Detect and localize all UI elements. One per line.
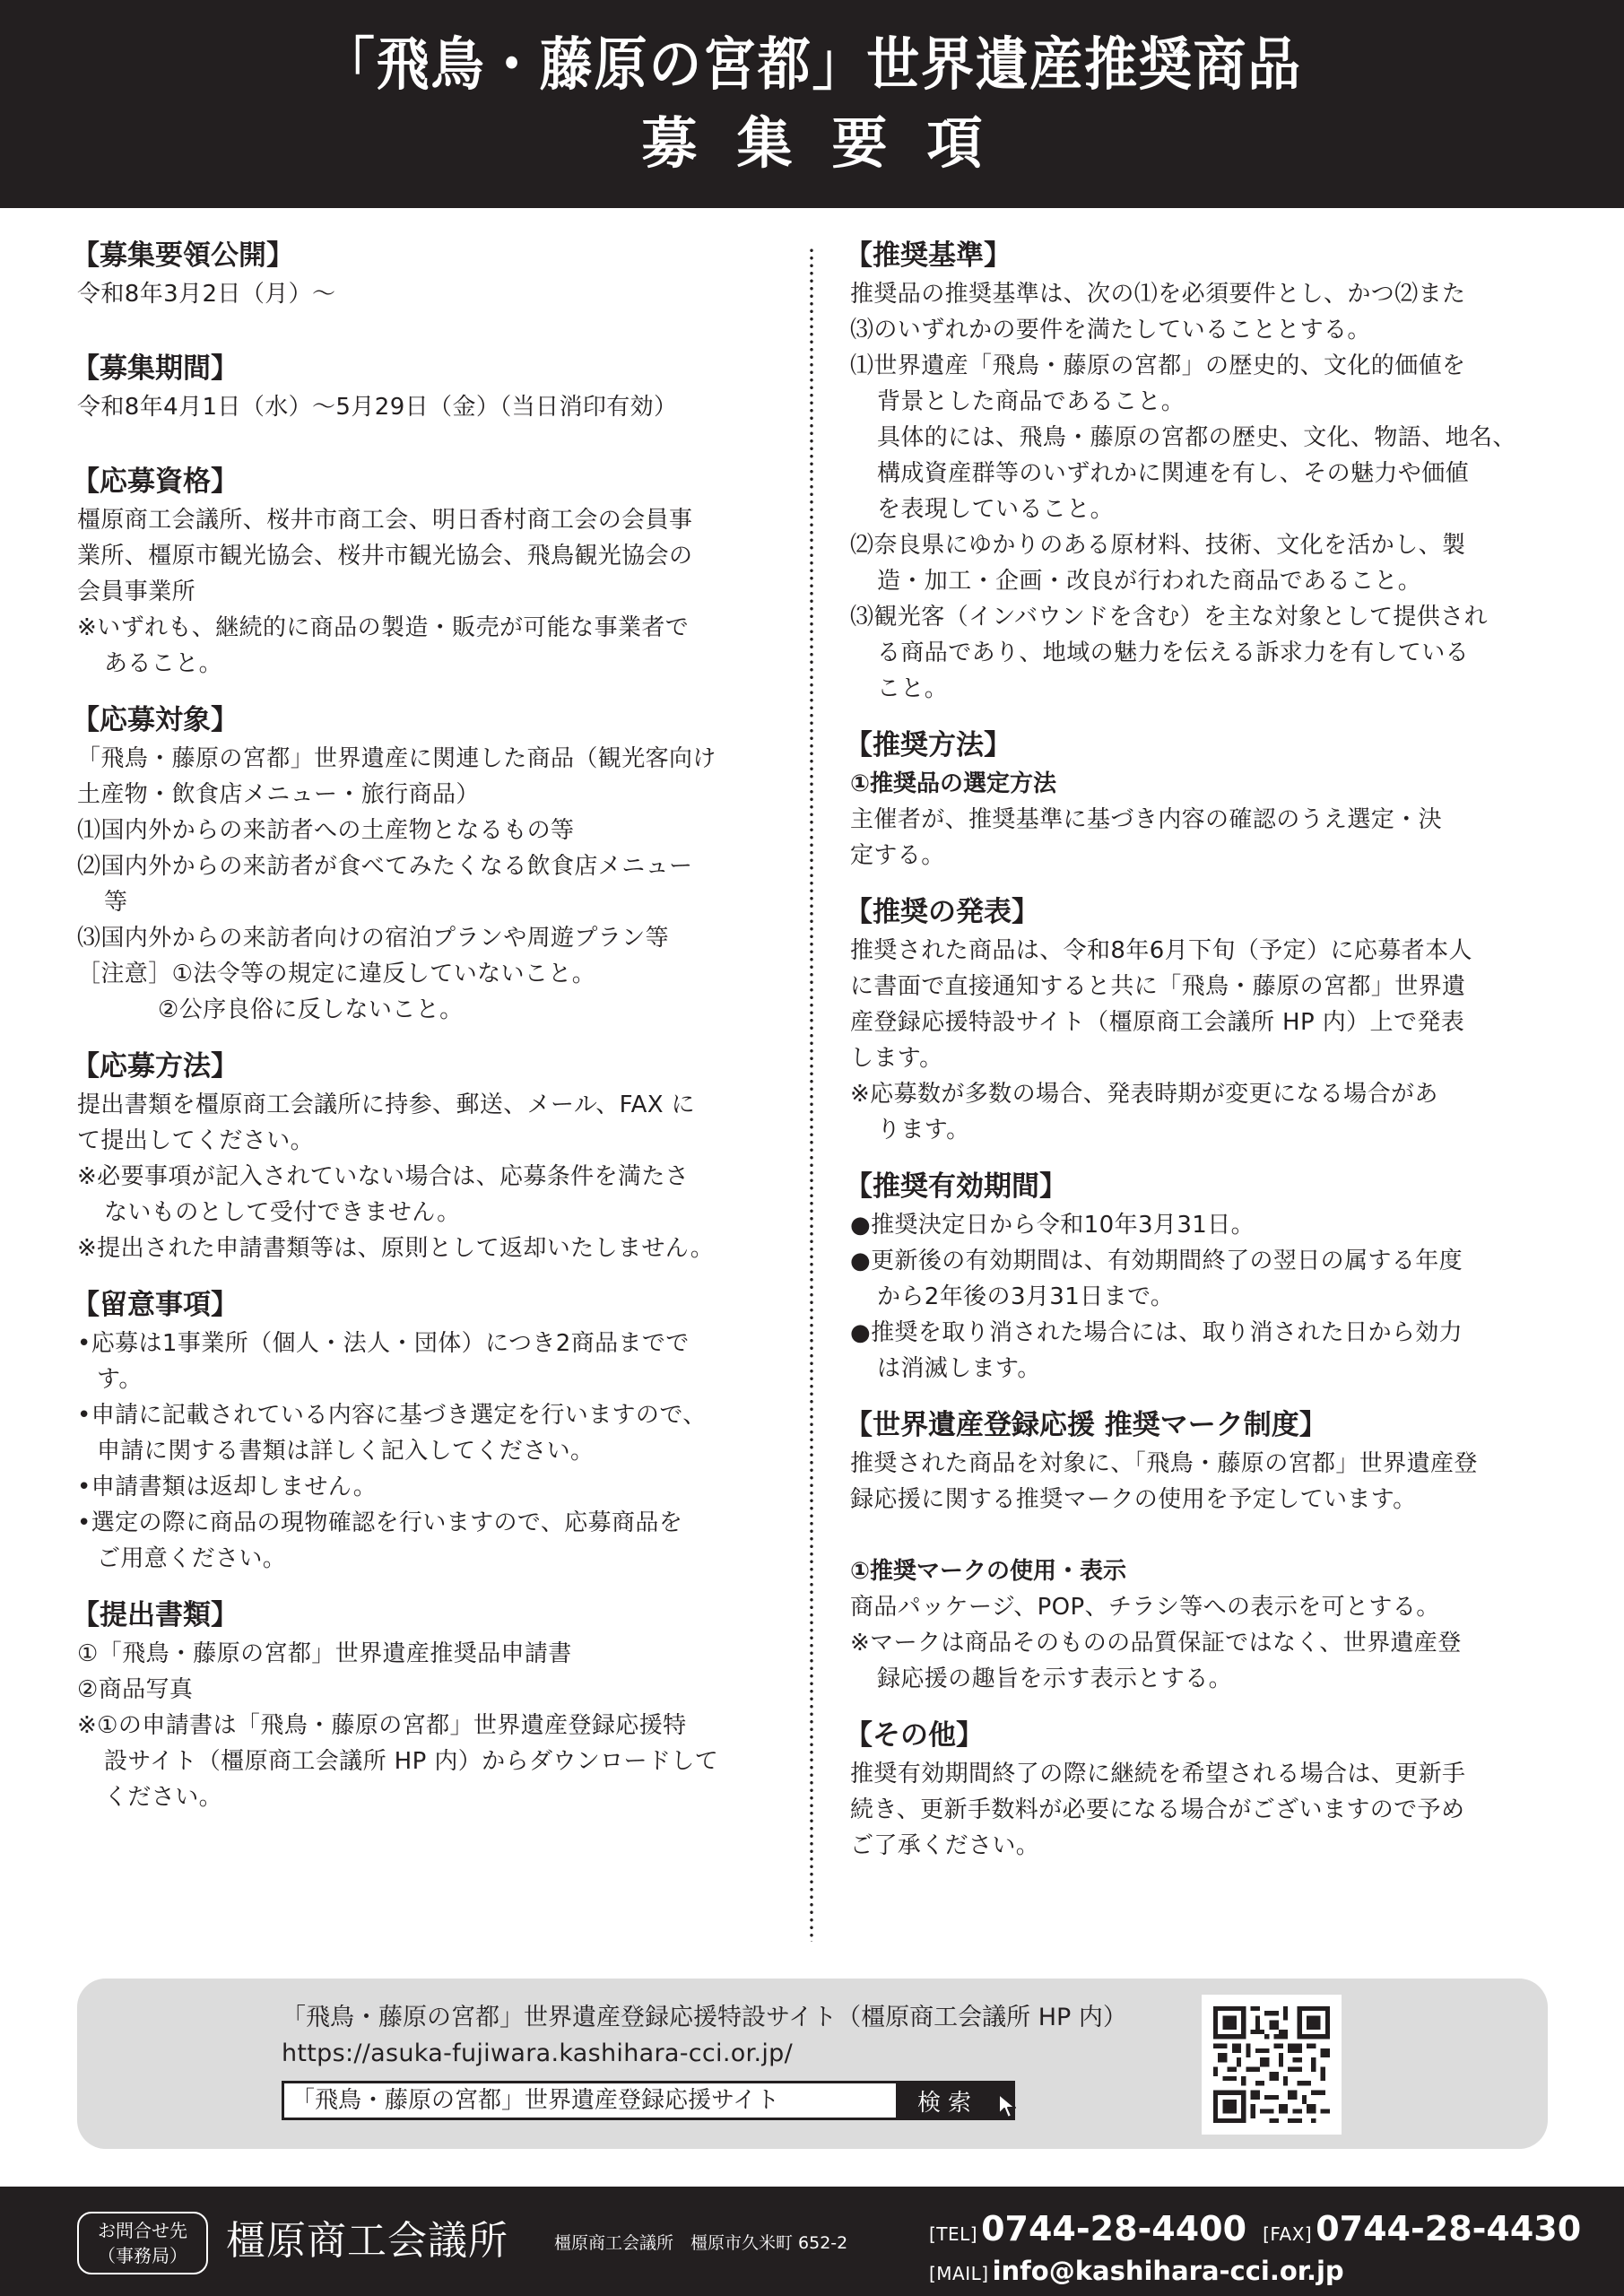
text-line: 録応援の趣旨を示す表示とする。	[850, 1661, 1550, 1697]
section-period: 【募集期間】 令和8年4月1日（水）～5月29日（金）（当日消印有効）	[77, 348, 777, 425]
text-line: 産登録応援特設サイト（橿原商工会議所 HP 内）上で発表	[850, 1004, 1550, 1040]
search-button[interactable]: 検索	[896, 2083, 1012, 2118]
text-line: 会員事業所	[77, 574, 777, 610]
text-line: ※マークは商品そのものの品質保証ではなく、世界遺産登	[850, 1625, 1550, 1661]
section-method: 【応募方法】 提出書類を橿原商工会議所に持参、郵送、メール、FAX に て提出し…	[77, 1046, 777, 1266]
section-selection: 【推奨方法】 ①推奨品の選定方法 主催者が、推奨基準に基づき内容の確認のうえ選定…	[850, 725, 1550, 874]
section-title: 【募集期間】	[72, 348, 777, 389]
text-line: ⑶国内外からの来訪者向けの宿泊プランや周遊プラン等	[77, 920, 777, 956]
text-line: •選定の際に商品の現物確認を行いますので、応募商品を	[77, 1505, 777, 1541]
text-line: 構成資産群等のいずれかに関連を有し、その魅力や価値	[850, 456, 1550, 491]
text-line: ※①の申請書は「飛鳥・藤原の宮都」世界遺産登録応援特	[77, 1708, 777, 1744]
site-name: 「飛鳥・藤原の宮都」世界遺産登録応援特設サイト（橿原商工会議所 HP 内）	[282, 2002, 1127, 2034]
text-line: は消滅します。	[850, 1351, 1550, 1387]
text-line: します。	[850, 1040, 1550, 1076]
text-line: に書面で直接通知すると共に「飛鳥・藤原の宮都」世界遺	[850, 969, 1550, 1004]
text-line: ご用意ください。	[77, 1541, 777, 1577]
text-line: ください。	[77, 1779, 777, 1815]
text-line: ※いずれも、継続的に商品の製造・販売が可能な事業者で	[77, 610, 777, 646]
text-line: ※提出された申請書類等は、原則として返却いたしません。	[77, 1231, 777, 1266]
section-subtitle: ①推奨マークの使用・表示	[850, 1553, 1550, 1589]
text-line: 提出書類を橿原商工会議所に持参、郵送、メール、FAX に	[77, 1087, 777, 1123]
text-line: ※応募数が多数の場合、発表時期が変更になる場合があ	[850, 1076, 1550, 1112]
contact-info: [TEL]0744-28-4400[FAX]0744-28-4430 [MAIL…	[929, 2208, 1581, 2290]
text-line: 推奨された商品は、令和8年6月下旬（予定）に応募者本人	[850, 933, 1550, 969]
text-line: 背景とした商品であること。	[850, 384, 1550, 420]
section-title: 【応募資格】	[72, 461, 777, 502]
fax-number: 0744-28-4430	[1316, 2209, 1581, 2248]
section-title: 【応募方法】	[72, 1046, 777, 1087]
text-line: ⑶観光客（インバウンドを含む）を主な対象として提供され	[850, 599, 1550, 635]
text-line: 推奨された商品を対象に、「飛鳥・藤原の宮都」世界遺産登	[850, 1446, 1550, 1482]
text-line: ●推奨を取り消された場合には、取り消された日から効力	[850, 1315, 1550, 1351]
organization-name: 橿原商工会議所	[226, 2210, 508, 2273]
text-line: 業所、橿原市観光協会、桜井市観光協会、飛鳥観光協会の	[77, 538, 777, 574]
organization-address: 橿原商工会議所 橿原市久米町 652-2	[554, 2228, 847, 2258]
fax-label: [FAX]	[1263, 2223, 1312, 2245]
search-button-label: 検索	[917, 2090, 978, 2117]
section-subtitle: ①推奨品の選定方法	[850, 766, 1550, 802]
text-line: す。	[77, 1361, 777, 1397]
badge-line: （事務局）	[79, 2243, 206, 2268]
text-line: 令和8年4月1日（水）～5月29日（金）（当日消印有効）	[77, 389, 777, 425]
section-targets: 【応募対象】 「飛鳥・藤原の宮都」世界遺産に関連した商品（観光客向け 土産物・飲…	[77, 700, 777, 1028]
text-line: 土産物・飲食店メニュー・旅行商品）	[77, 777, 777, 813]
section-documents: 【提出書類】 ①「飛鳥・藤原の宮都」世界遺産推奨品申請書 ②商品写真 ※①の申請…	[77, 1595, 777, 1815]
spacer	[850, 1518, 1550, 1553]
page-subtitle: 募集要項	[0, 106, 1624, 181]
site-url-link[interactable]: https://asuka-fujiwara.kashihara-cci.or.…	[282, 2038, 793, 2070]
search-input[interactable]	[284, 2083, 896, 2118]
text-line: ②公序良俗に反しないこと。	[77, 992, 777, 1028]
text-line: 令和8年3月2日（月）～	[77, 276, 777, 312]
text-line: る商品であり、地域の魅力を伝える訴求力を有している	[850, 635, 1550, 671]
text-line: ⑵国内外からの来訪者が食べてみたくなる飲食店メニュー	[77, 848, 777, 884]
text-line: 続き、更新手数料が必要になる場合がございますので予め	[850, 1792, 1550, 1828]
contact-badge: お問合せ先 （事務局）	[77, 2212, 208, 2274]
section-title: 【募集要領公開】	[72, 235, 777, 276]
text-line: 推奨有効期間終了の際に継続を希望される場合は、更新手	[850, 1756, 1550, 1792]
section-validity: 【推奨有効期間】 ●推奨決定日から令和10年3月31日。 ●更新後の有効期間は、…	[850, 1166, 1550, 1387]
tel-number[interactable]: 0744-28-4400	[981, 2209, 1246, 2248]
text-line: 主催者が、推奨基準に基づき内容の確認のうえ選定・決	[850, 802, 1550, 838]
text-line: ※必要事項が記入されていない場合は、応募条件を満たさ	[77, 1159, 777, 1195]
text-line: ［注意］①法令等の規定に違反していないこと。	[77, 956, 777, 992]
text-line: から2年後の3月31日まで。	[850, 1279, 1550, 1315]
text-line: あること。	[77, 646, 777, 682]
text-line: 具体的には、飛鳥・藤原の宮都の歴史、文化、物語、地名、	[850, 420, 1550, 456]
left-column: 【募集要領公開】 令和8年3月2日（月）～ 【募集期間】 令和8年4月1日（水）…	[77, 235, 777, 1833]
text-line: ②商品写真	[77, 1672, 777, 1708]
text-line: ●更新後の有効期間は、有効期間終了の翌日の属する年度	[850, 1243, 1550, 1279]
text-line: •申請書類は返却しません。	[77, 1469, 777, 1505]
badge-line: お問合せ先	[79, 2218, 206, 2243]
text-line: て提出してください。	[77, 1123, 777, 1159]
section-title: 【世界遺産登録応援 推奨マーク制度】	[845, 1405, 1550, 1446]
column-divider	[810, 247, 813, 1942]
mail-row: [MAIL]info@kashihara-cci.or.jp	[929, 2255, 1581, 2290]
mail-address-link[interactable]: info@kashihara-cci.or.jp	[993, 2256, 1344, 2286]
section-notes: 【留意事項】 •応募は1事業所（個人・法人・団体）につき2商品までで す。 •申…	[77, 1284, 777, 1577]
search-bar: 検索	[282, 2081, 1015, 2120]
mail-label: [MAIL]	[929, 2263, 989, 2284]
right-column: 【推奨基準】 推奨品の推奨基準は、次の⑴を必須要件とし、かつ⑵また ⑶のいずれか…	[850, 235, 1550, 1882]
text-line: ⑴国内外からの来訪者への土産物となるもの等	[77, 813, 777, 848]
text-line: 商品パッケージ、POP、チラシ等への表示を可とする。	[850, 1589, 1550, 1625]
section-mark: 【世界遺産登録応援 推奨マーク制度】 推奨された商品を対象に、「飛鳥・藤原の宮都…	[850, 1405, 1550, 1697]
page-title: 「飛鳥・藤原の宮都」世界遺産推奨商品	[65, 25, 1559, 106]
mouse-pointer-icon	[996, 2092, 1020, 2119]
tel-label: [TEL]	[929, 2223, 977, 2245]
text-line: ●推奨決定日から令和10年3月31日。	[850, 1207, 1550, 1243]
section-title: 【提出書類】	[72, 1595, 777, 1636]
page-header: 「飛鳥・藤原の宮都」世界遺産推奨商品 募集要項	[0, 0, 1624, 208]
text-line: 録応援に関する推奨マークの使用を予定しています。	[850, 1482, 1550, 1518]
qr-code-icon[interactable]	[1202, 1995, 1342, 2135]
contact-footer: お問合せ先 （事務局） 橿原商工会議所 橿原商工会議所 橿原市久米町 652-2…	[0, 2187, 1624, 2296]
text-line: ります。	[850, 1112, 1550, 1148]
section-title: 【推奨方法】	[845, 725, 1550, 766]
section-title: 【推奨の発表】	[845, 891, 1550, 933]
text-line: を表現していること。	[850, 491, 1550, 527]
text-line: こと。	[850, 671, 1550, 707]
text-line: ないものとして受付できません。	[77, 1195, 777, 1231]
text-line: 申請に関する書類は詳しく記入してください。	[77, 1433, 777, 1469]
section-announcement: 【推奨の発表】 推奨された商品は、令和8年6月下旬（予定）に応募者本人 に書面で…	[850, 891, 1550, 1148]
text-line: 等	[77, 884, 777, 920]
text-line: 造・加工・企画・改良が行われた商品であること。	[850, 563, 1550, 599]
site-info-box: 「飛鳥・藤原の宮都」世界遺産登録応援特設サイト（橿原商工会議所 HP 内） ht…	[77, 1979, 1548, 2149]
section-eligibility: 【応募資格】 橿原商工会議所、桜井市商工会、明日香村商工会の会員事 業所、橿原市…	[77, 461, 777, 682]
section-title: 【応募対象】	[72, 700, 777, 741]
text-line: 設サイト（橿原商工会議所 HP 内）からダウンロードして	[77, 1744, 777, 1779]
text-line: 定する。	[850, 838, 1550, 874]
section-publication: 【募集要領公開】 令和8年3月2日（月）～	[77, 235, 777, 312]
phone-fax-row: [TEL]0744-28-4400[FAX]0744-28-4430	[929, 2208, 1581, 2255]
text-line: ご了承ください。	[850, 1828, 1550, 1864]
text-line: ⑴世界遺産「飛鳥・藤原の宮都」の歴史的、文化的価値を	[850, 348, 1550, 384]
text-line: 推奨品の推奨基準は、次の⑴を必須要件とし、かつ⑵また	[850, 276, 1550, 312]
section-title: 【推奨有効期間】	[845, 1166, 1550, 1207]
text-line: 橿原商工会議所、桜井市商工会、明日香村商工会の会員事	[77, 502, 777, 538]
section-title: 【推奨基準】	[845, 235, 1550, 276]
section-other: 【その他】 推奨有効期間終了の際に継続を希望される場合は、更新手 続き、更新手数…	[850, 1715, 1550, 1864]
section-criteria: 【推奨基準】 推奨品の推奨基準は、次の⑴を必須要件とし、かつ⑵また ⑶のいずれか…	[850, 235, 1550, 707]
section-title: 【その他】	[845, 1715, 1550, 1756]
text-line: ①「飛鳥・藤原の宮都」世界遺産推奨品申請書	[77, 1636, 777, 1672]
text-line: ⑵奈良県にゆかりのある原材料、技術、文化を活かし、製	[850, 527, 1550, 563]
section-title: 【留意事項】	[72, 1284, 777, 1326]
text-line: •応募は1事業所（個人・法人・団体）につき2商品までで	[77, 1326, 777, 1361]
text-line: •申請に記載されている内容に基づき選定を行いますので、	[77, 1397, 777, 1433]
text-line: ⑶のいずれかの要件を満たしていることとする。	[850, 312, 1550, 348]
text-line: 「飛鳥・藤原の宮都」世界遺産に関連した商品（観光客向け	[77, 741, 777, 777]
